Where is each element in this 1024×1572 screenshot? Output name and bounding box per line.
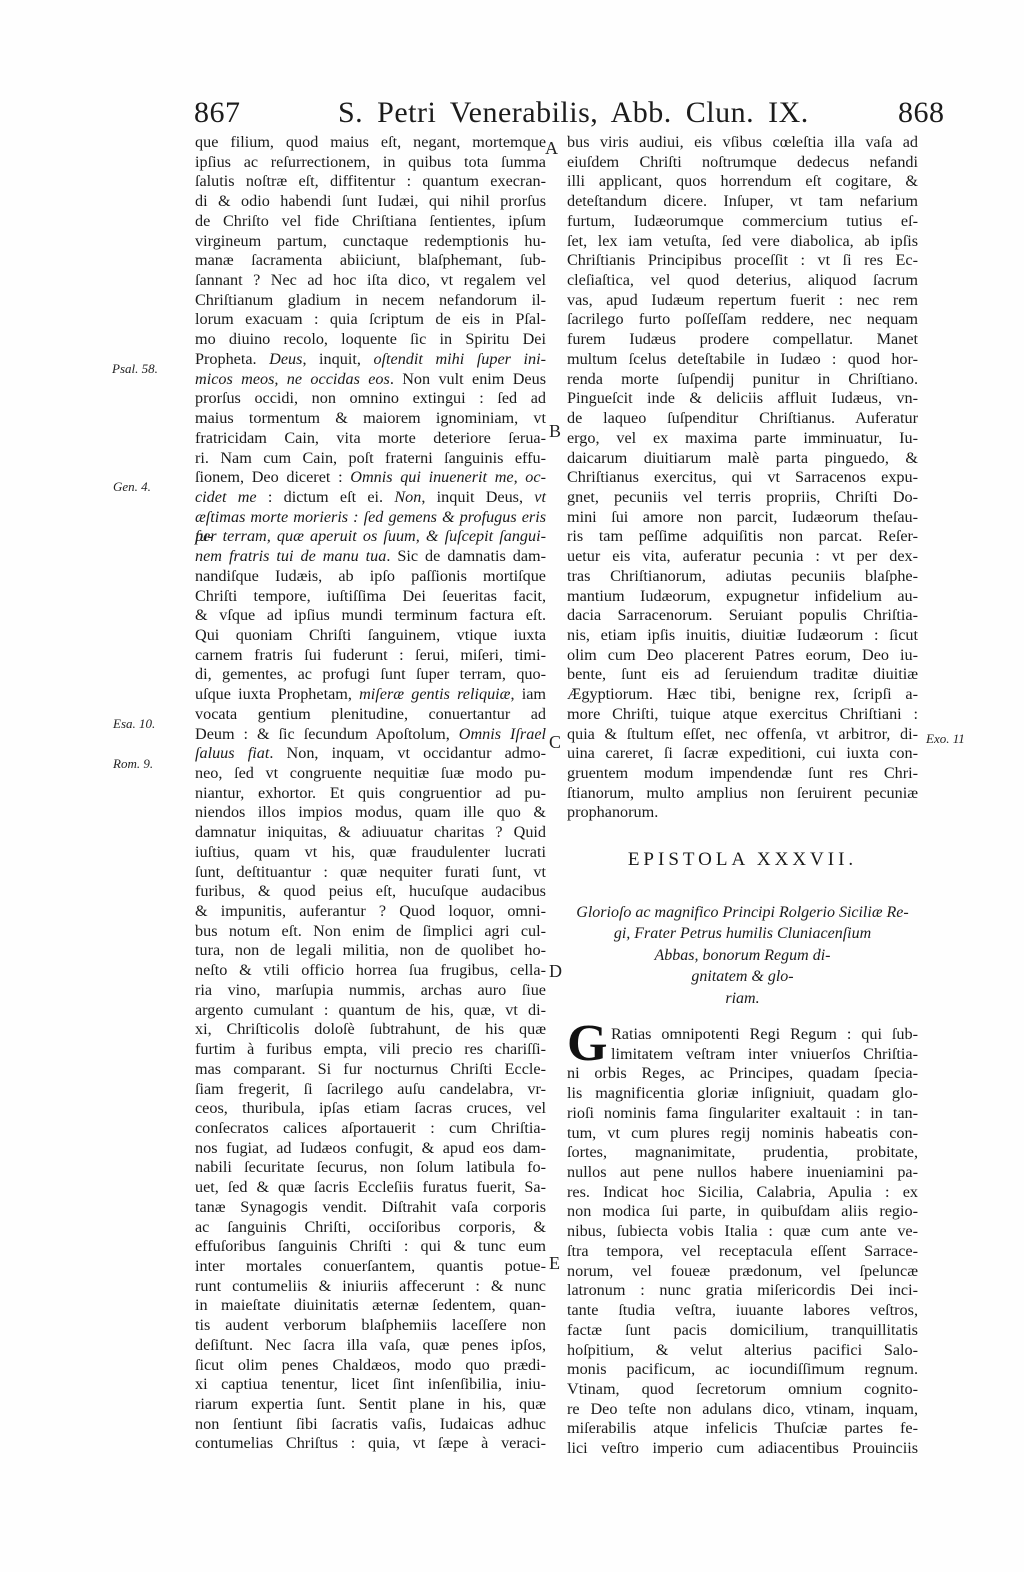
right-column-line: olim cum Deo placerent Patres eorum, Deo…: [567, 646, 918, 666]
right-column-line: ſet, lex iam vetuſta, ſed vere diabolica…: [567, 232, 918, 252]
left-column-line: furtim à furibus empta, vili precio res …: [195, 1040, 546, 1060]
left-column-line: non ſentiunt ſibi ſacratis vaſis, Iudaic…: [195, 1415, 546, 1435]
left-column-line: uſque iuxta Prophetam, miſeræ gentis rel…: [195, 685, 546, 705]
left-column-line: micos meos, ne occidas eos. Non vult eni…: [195, 370, 546, 390]
left-column-text: que filium, quod maius eſt, negant, mort…: [195, 133, 546, 1454]
left-column-line: de Chriſto vel fide Chriſtiana ſentiente…: [195, 212, 546, 232]
page-number-right: 868: [898, 96, 945, 130]
left-column-line: iuſtius, quam vt his, quæ fraudulenter l…: [195, 843, 546, 863]
salutation-line: Glorioſo ac magnifico Principi Rolgerio …: [567, 902, 918, 923]
left-column-line: riarum expertia ſunt. Sentit plane in hi…: [195, 1395, 546, 1415]
right-column-line: Pingueſcit inde & deliciis affluit Iudæu…: [567, 389, 918, 409]
left-column-line: maius tormentum & maiorem ignominiam, vt: [195, 409, 546, 429]
right-column-line: nis, etiam ipſis inuitis, diuitiæ Iudæor…: [567, 626, 918, 646]
left-column-line: Propheta. Deus, inquit, oſtendit mihi ſu…: [195, 350, 546, 370]
margin-ref-genesis: Gen. 4.: [113, 479, 151, 495]
epistle-line: lis magnificentia gloriæ inſigniuit, qua…: [567, 1084, 918, 1104]
right-column-line: furem Iudæus prodere compellatur. Manet: [567, 330, 918, 350]
epistle-line: nibus, ſubiecta vobis Italia : quæ cum a…: [567, 1222, 918, 1242]
left-column-line: mo diuino recolo, loquente ſic in Spirit…: [195, 330, 546, 350]
left-column-line: neo, ſed vt congruente nequitiæ ſuæ modo…: [195, 764, 546, 784]
left-column-line: virgineum partum, cunctaque redemptionis…: [195, 232, 546, 252]
section-letter-c: C: [549, 733, 561, 751]
left-column-line: carnem fratris ſui fuderunt : ſerui, miſ…: [195, 646, 546, 666]
epistle-line: Vtinam, quod ſecretorum omnium cognito-: [567, 1380, 918, 1400]
right-column-line: bente, ſunt eis ad ſeruiendum traditæ di…: [567, 665, 918, 685]
left-column-line: manæ ſacramenta abiiciunt, blaſphemant, …: [195, 251, 546, 271]
left-column-line: vocata gentium plenitudine, conuertantur…: [195, 705, 546, 725]
left-column-line: ceos, thuribula, ipſas etiam ſacras cruc…: [195, 1099, 546, 1119]
left-column-line: ſaluus fiat. Non, inquam, vt occidantur …: [195, 744, 546, 764]
left-column-line: ſunt, deſtituantur : quæ nequiter furati…: [195, 863, 546, 883]
right-column-line: illi applicant, quos horrendum eſt cogit…: [567, 172, 918, 192]
right-column-line: eiuſdem Chriſti noſtrumque dedecus nefan…: [567, 153, 918, 173]
right-column-line: prophanorum.: [567, 803, 918, 823]
right-column-line: uina careret, ſi ſacræ expeditioni, cui …: [567, 744, 918, 764]
left-column-line: æſtimas morte morieris : ſed gemens & pr…: [195, 508, 546, 528]
left-column-line: xi captiua tenentur, licet ſint inſenſib…: [195, 1375, 546, 1395]
left-column-line: per terram, quæ aperuit os ſuum, & ſuſce…: [195, 527, 546, 547]
left-column-line: & impunitis, auferantur ? Quod loquor, o…: [195, 902, 546, 922]
left-column-line: di, gementes, ac profugi ſunt ſuper terr…: [195, 665, 546, 685]
left-column-line: niendos illos impios modus, quam ille qu…: [195, 803, 546, 823]
left-column-line: tanæ Synagogis vendit. Diſtrahit vaſa co…: [195, 1198, 546, 1218]
margin-ref-isaiah: Esa. 10.: [113, 716, 155, 732]
right-column-line: ergo, vel ex maxima parte imminuatur, Iu…: [567, 429, 918, 449]
right-column-line: mantium Iudæorum, expugnetur infidelium …: [567, 587, 918, 607]
epistle-line: monis pacificum, ac iocundiſſimum regnum…: [567, 1360, 918, 1380]
epistle-line: rioſi nominis fama ſingulariter exaltaui…: [567, 1104, 918, 1124]
salutation-line: Abbas, bonorum Regum di-: [567, 945, 918, 966]
salutation-line: gi, Frater Petrus humilis Cluniacenſium: [567, 923, 918, 944]
right-column-line: gruentem modum impendendæ ſunt res Chri-: [567, 764, 918, 784]
running-title: S. Petri Venerabilis, Abb. Clun. IX.: [338, 96, 809, 130]
epistle-line: nullos aut pene nullos habere inueniamin…: [567, 1163, 918, 1183]
right-column-line: quia & ſtultum eſſet, nec offenſa, vt ar…: [567, 725, 918, 745]
epistle-line: factæ ſunt pacis domicilium, tranquillit…: [567, 1321, 918, 1341]
epistle-line: ſortes, magnanimitate, prudentia, probit…: [567, 1143, 918, 1163]
left-column-line: Qui quoniam Chriſti ſanguinem, vtique iu…: [195, 626, 546, 646]
left-column-line: ſionem, Deo diceret : Omnis qui inueneri…: [195, 468, 546, 488]
left-column-line: effuſoribus ſanguinis Chriſti : qui & tu…: [195, 1237, 546, 1257]
right-column-line: Ægyptiorum. Hæc tibi, benigne rex, ſcrip…: [567, 685, 918, 705]
left-column-line: que filium, quod maius eſt, negant, mort…: [195, 133, 546, 153]
left-column-line: di & odio habendi ſunt Iudæi, qui nihil …: [195, 192, 546, 212]
left-column-line: tura, non de legali militia, non de quol…: [195, 941, 546, 961]
epistle-line: Ratias omnipotenti Regi Regum : qui ſub-: [567, 1025, 918, 1045]
right-column-line: furtum, Iudæorumque commercium tutius eſ…: [567, 212, 918, 232]
margin-ref-psalm: Psal. 58.: [112, 361, 158, 377]
left-column-line: ri. Nam cum Cain, poſt fraterni ſanguini…: [195, 449, 546, 469]
left-column-line: ſannant ? Nec ad hoc iſta dico, vt regal…: [195, 271, 546, 291]
right-column-line: de laqueo ſuſpenditur Chriſtianus. Aufer…: [567, 409, 918, 429]
epistle-line: limitatem veſtram inter vniuerſos Chriſt…: [567, 1045, 918, 1065]
right-column-line: renda morte ſuſpendij punitur in Chriſti…: [567, 370, 918, 390]
right-column-line: more Chriſti, tuique atque exercitus Chr…: [567, 705, 918, 725]
left-column-line: fratricidam Cain, vita morte deteriore ſ…: [195, 429, 546, 449]
epistle-line: re Deo teſte non adulans dico, vtinam, i…: [567, 1400, 918, 1420]
epistle-line: lici veſtro imperio cum adiacentibus Pro…: [567, 1439, 918, 1459]
epistle-line: ſtra tempora, vel receptacula eſſent Sar…: [567, 1242, 918, 1262]
epistle-line: ni orbis Reges, ac Principes, quadam ſpe…: [567, 1064, 918, 1084]
section-letter-a: A: [545, 139, 558, 157]
right-column-line: Chriſtianus exercitus, qui vt Sarracenos…: [567, 468, 918, 488]
left-column-line: nos fugiat, ad Iudæos confugit, & apud e…: [195, 1139, 546, 1159]
left-column-line: prorſus occidi, non omnino extingui : ſe…: [195, 389, 546, 409]
right-column-line: ſtianorum, multo amplius non ſeruirent p…: [567, 784, 918, 804]
right-column-line: deteſtandum dicere. Inſuper, vt tam nefa…: [567, 192, 918, 212]
left-column-line: inter mortales conuerſantem, quantis pot…: [195, 1257, 546, 1277]
left-column-line: neſto & vtili officio horrea ſua frugibu…: [195, 961, 546, 981]
left-column-line: furibus, & quod peius eſt, hucuſque auda…: [195, 882, 546, 902]
left-column-line: & vſque ad ipſius mundi terminum factura…: [195, 606, 546, 626]
left-column-line: cidet me : dictum eſt ei. Non, inquit De…: [195, 488, 546, 508]
left-column-line: tis audent verborum blaſphemiis laceſſer…: [195, 1316, 546, 1336]
epistle-line: hoſpitium, & velut alterius pacifici Sal…: [567, 1341, 918, 1361]
left-column-line: contumelias Chriſtus : quia, vt ſæpe à v…: [195, 1434, 546, 1454]
right-column-line: dacia Sarracenorum. Seruiant populis Chr…: [567, 606, 918, 626]
right-column-line: cleſiaſtica, vel quod deterius, aliquod …: [567, 271, 918, 291]
right-column-line: multum ſcelus deteſtabile in Iudæo : quo…: [567, 350, 918, 370]
epistle-line: norum, vel foueæ prædonum, vel ſpeluncæ: [567, 1262, 918, 1282]
margin-ref-romans: Rom. 9.: [113, 756, 153, 772]
left-column-line: nandiſque Iudæis, ab ipſo paſſionis mort…: [195, 567, 546, 587]
left-column-line: conſecratos calices aſportauerit : cum C…: [195, 1119, 546, 1139]
left-column-line: in maieſtate diuinitatis æternæ ſedentem…: [195, 1296, 546, 1316]
salutation-line: gnitatem & glo-: [567, 966, 918, 987]
epistle-body-text: Ratias omnipotenti Regi Regum : qui ſub-…: [567, 1025, 918, 1459]
left-column-line: bus notum eſt. Non enim de ſimplici agri…: [195, 922, 546, 942]
section-letter-e: E: [549, 1254, 560, 1272]
left-column-line: ſalutis noſtræ eſt, diffitentur : quantu…: [195, 172, 546, 192]
margin-ref-exodus: Exo. 11: [926, 731, 965, 747]
epistle-line: non modica ſui parte, in quibuſdam aliis…: [567, 1202, 918, 1222]
section-letter-b: B: [549, 422, 561, 440]
left-column-line: ipſius ac reſurrectionem, in quibus tota…: [195, 153, 546, 173]
section-letter-d: D: [549, 962, 562, 980]
right-column-line: ſacrilego furto poſſeſſam reddere, nec n…: [567, 310, 918, 330]
left-column-line: ſicut olim penes Chaldæos, modo quo præd…: [195, 1356, 546, 1376]
left-column-line: ac ſanguinis Chriſti, occiſoribus corpor…: [195, 1218, 546, 1238]
epistle-line: tante ſtudia veſtra, iuuante labores veſ…: [567, 1301, 918, 1321]
epistle-line: miſerabilis atque infelicis Thuſciæ part…: [567, 1419, 918, 1439]
left-column-line: runt contumeliis & iniuriis affecerunt :…: [195, 1277, 546, 1297]
document-page: 867 S. Petri Venerabilis, Abb. Clun. IX.…: [0, 0, 1024, 1572]
epistle-line: res. Indicat hoc Sicilia, Calabria, Apul…: [567, 1183, 918, 1203]
right-column-line: ris tam peſſime adquiſitis non parcat. R…: [567, 527, 918, 547]
epistle-line: tum, vt cum plures regij nominis habeati…: [567, 1124, 918, 1144]
left-column-line: uet, ſed & quæ ſacris Eccleſiis furatus …: [195, 1178, 546, 1198]
right-column-text: bus viris audiui, eis vſibus cœleſtia il…: [567, 133, 918, 823]
page-number-left: 867: [194, 96, 241, 130]
left-column-line: lorum exacuam : quia ſcriptum de eis in …: [195, 310, 546, 330]
right-column-line: tras Chriſtianorum, adiutas pecuniis bla…: [567, 567, 918, 587]
left-column-line: deſiſtunt. Nec ſacra illa vaſa, quæ pene…: [195, 1336, 546, 1356]
left-column-line: ria vino, marſupia nummis, archas auro ſ…: [195, 981, 546, 1001]
left-column-line: xi, Chriſticolis doloſè ſubtrahunt, de h…: [195, 1020, 546, 1040]
right-column-line: Chriſtianis Principibus proceſſit : vt ſ…: [567, 251, 918, 271]
left-column-line: Chriſti tempore, iuſtiſſima Dei ſeuerita…: [195, 587, 546, 607]
right-column-line: vas, apud Iudæum repertum fuerit : nec r…: [567, 291, 918, 311]
left-column-line: Chriſtianum gladium in necem nefandorum …: [195, 291, 546, 311]
right-column-line: gnet, pecuniis vel terris propriis, Chri…: [567, 488, 918, 508]
right-column-line: bus viris audiui, eis vſibus cœleſtia il…: [567, 133, 918, 153]
epistle-line: latronum : nunc gratia miſericordis Dei …: [567, 1281, 918, 1301]
left-column-line: nabili ſecuritate ſecurus, non ſolum lat…: [195, 1158, 546, 1178]
epistle-salutation: Glorioſo ac magnifico Principi Rolgerio …: [567, 902, 918, 1009]
epistle-heading: EPISTOLA XXXVII.: [567, 848, 918, 872]
left-column-line: damnatur iniquitas, & adiuuatur charitas…: [195, 823, 546, 843]
left-column-line: argento cumulant : quantum de his, quæ, …: [195, 1001, 546, 1021]
left-column-line: ſiam fregerit, ſi ſacrilego auſu candela…: [195, 1080, 546, 1100]
right-column-line: mini ſui amore non parcit, Iudæorum theſ…: [567, 508, 918, 528]
right-column-line: daicarum diuitiarum malè parta pinguedo,…: [567, 449, 918, 469]
left-column-line: nem fratris tui de manu tua. Sic de damn…: [195, 547, 546, 567]
left-column-line: niantur, exhortor. Et quis congruentior …: [195, 784, 546, 804]
salutation-line: riam.: [567, 988, 918, 1009]
left-column-line: mas comparant. Si fur nocturnus Chriſti …: [195, 1060, 546, 1080]
right-column-line: uetur eis vita, auferatur pecunia : vt p…: [567, 547, 918, 567]
left-column-line: Deum : & ſic ſecundum Apoſtolum, Omnis I…: [195, 725, 546, 745]
